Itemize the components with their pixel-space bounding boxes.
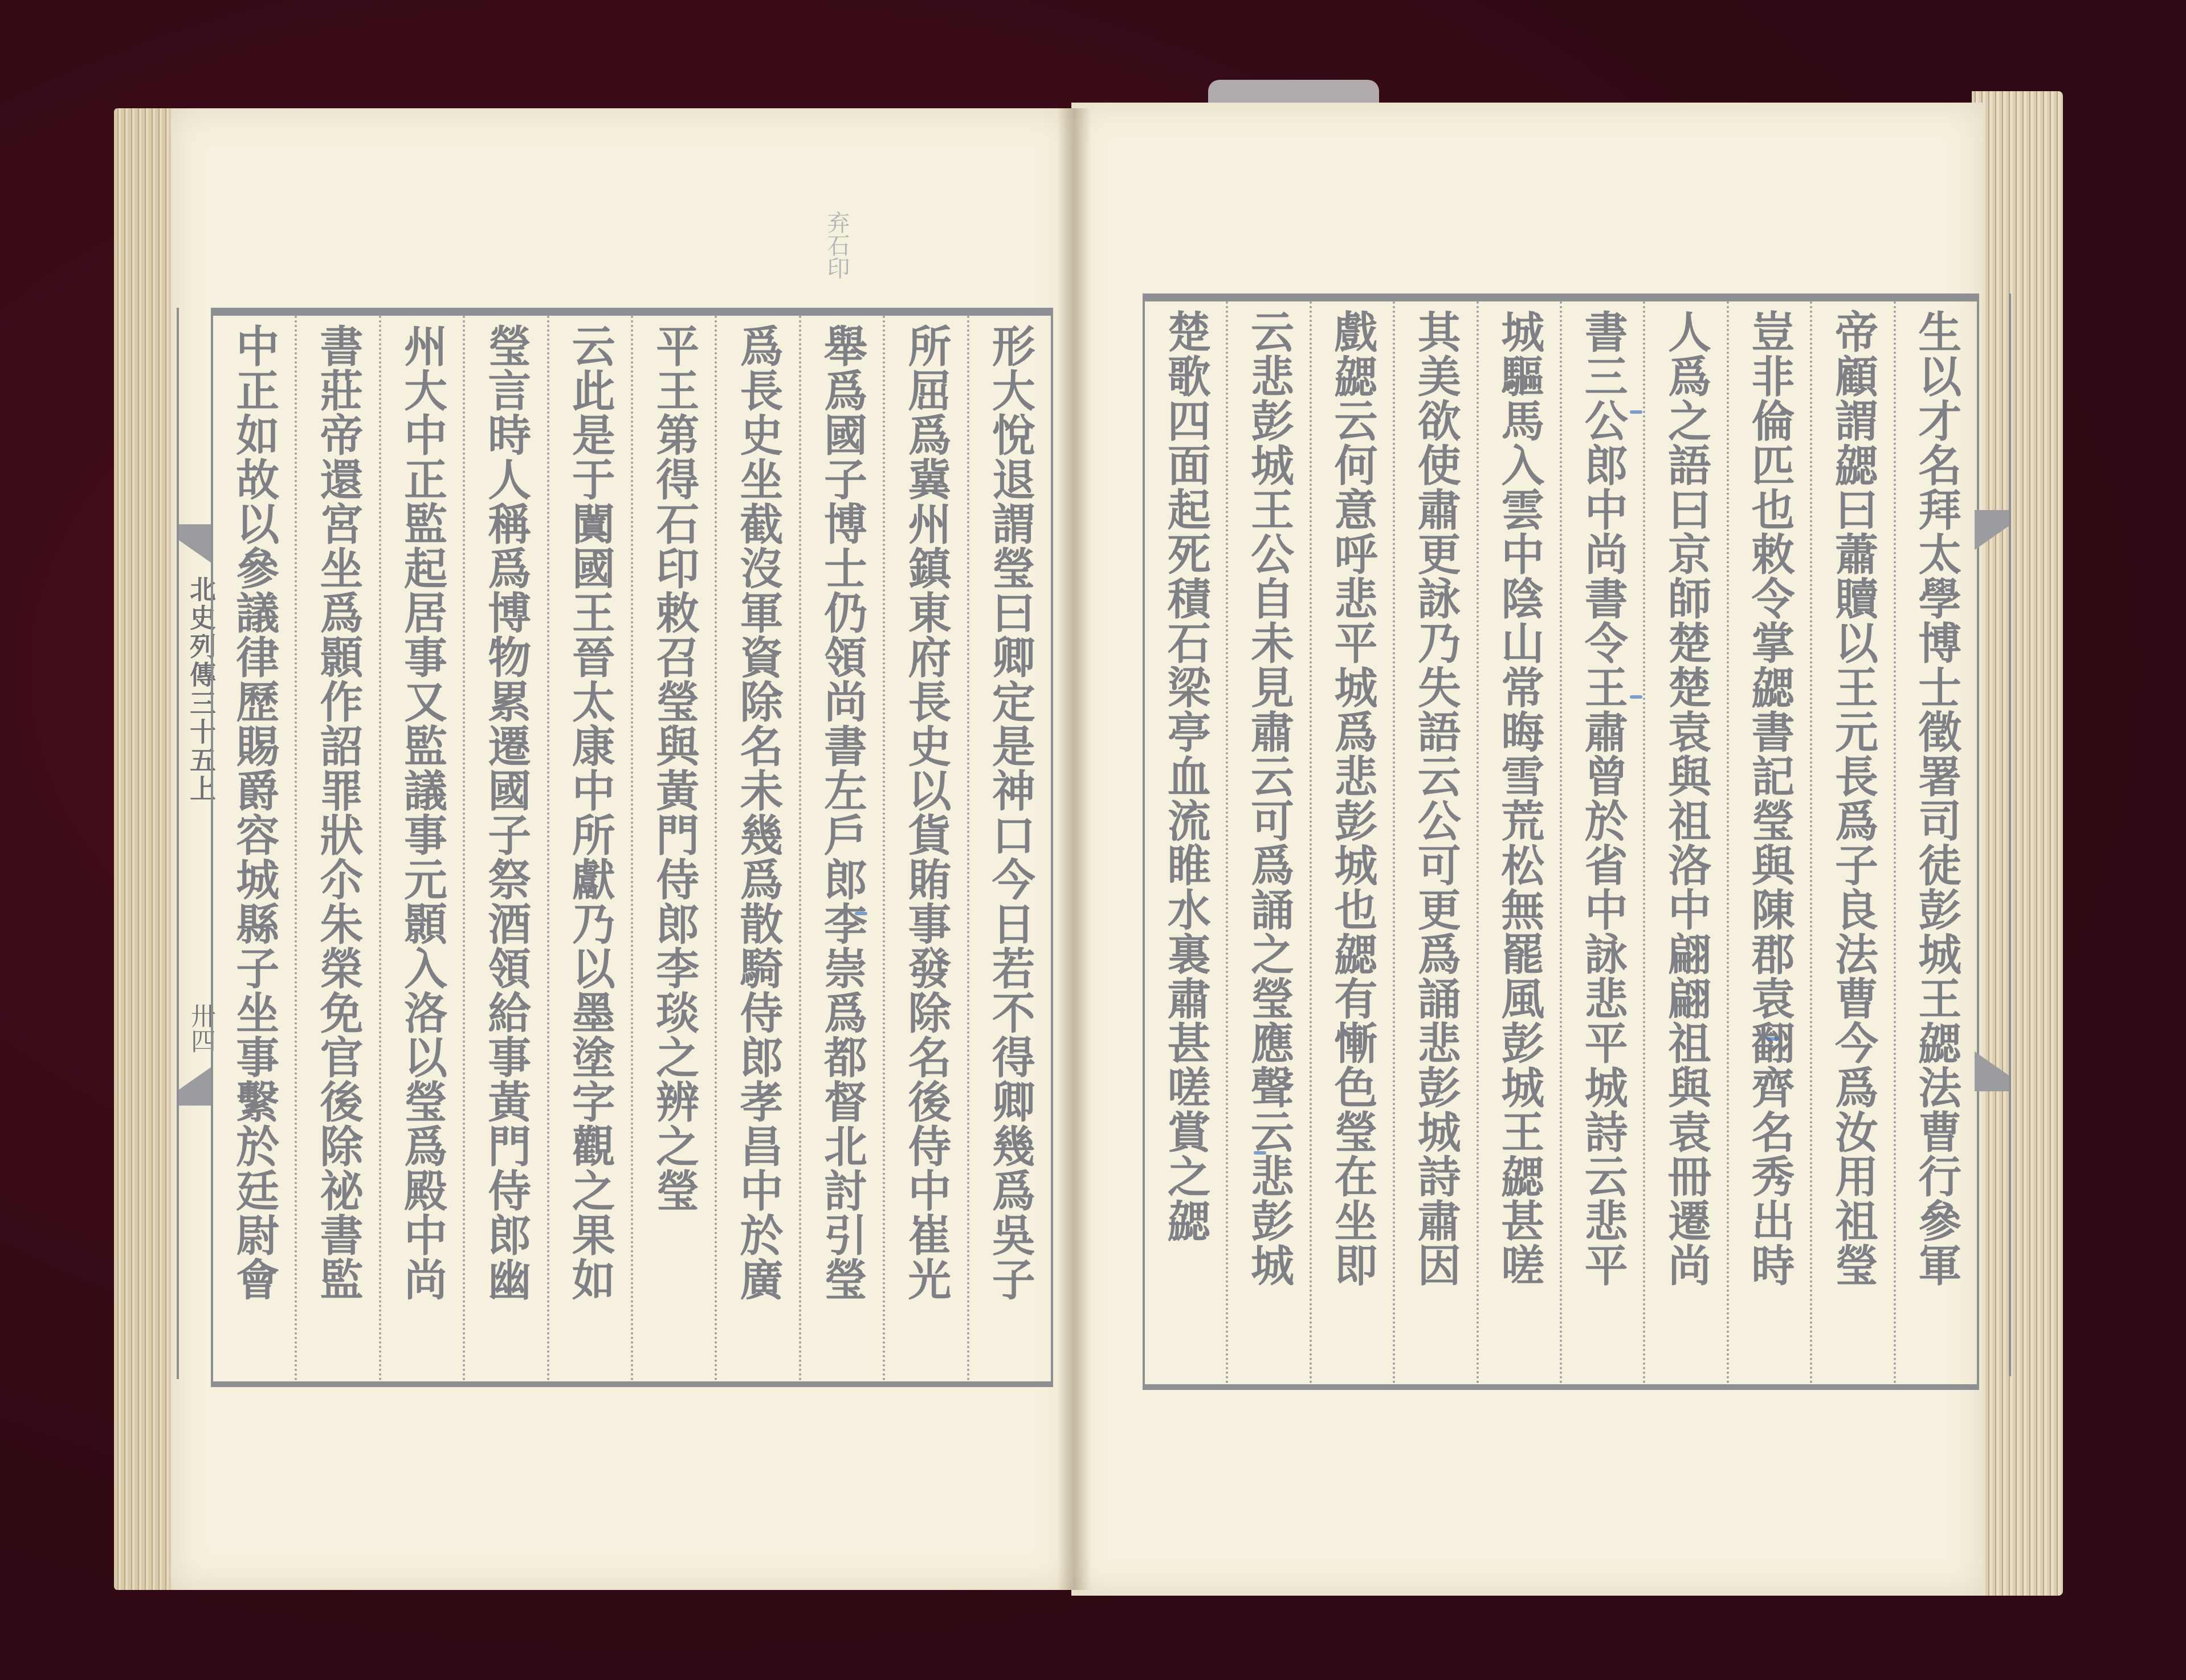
column-text: 豈非倫匹也敕令掌勰書記瑩與陳郡袁翻齊名秀出時 [1748,309,1791,1384]
column-text: 形大悅退謂瑩曰卿定是神口今日若不得卿幾爲吳子 [988,324,1031,1381]
blue-punctuation-mark [855,912,867,915]
column-text: 帝顧謂勰曰蕭贖以王元長爲子良法曹今爲汝用祖瑩 [1831,309,1874,1384]
column-text: 城驅馬入雲中陰山常晦雪荒松無罷風彭城王勰甚嗟 [1498,309,1541,1384]
left-columns: 形大悅退謂瑩曰卿定是神口今日若不得卿幾爲吳子 所屈爲冀州鎮東府長史以貨賄事發除名… [213,316,1051,1381]
text-column: 形大悅退謂瑩曰卿定是神口今日若不得卿幾爲吳子 [967,316,1051,1381]
column-text: 中正如故以參議律歷賜爵容城縣子坐事繫於廷尉會 [233,324,276,1381]
column-text: 云此是于闐國王晉太康中所獻乃以墨塗字觀之果如 [568,324,611,1381]
column-text: 戲勰云何意呼悲平城爲悲彭城也勰有慚色瑩在坐即 [1331,309,1374,1384]
column-text: 楚歌四面起死積石梁亭血流睢水裏肅甚嗟賞之勰 [1164,309,1207,1384]
right-columns: 生以才名拜太學博士徵署司徒彭城王勰法曹行參軍 帝顧謂勰曰蕭贖以王元長爲子良法曹今… [1145,301,1977,1384]
fishtail-bottom-icon [179,1066,213,1106]
text-column: 云此是于闐國王晉太康中所獻乃以墨塗字觀之果如 [547,316,631,1381]
text-column: 平王第得石印敕召瑩與黃門侍郎李琰之辨之瑩 [631,316,715,1381]
right-text-frame: 生以才名拜太學博士徵署司徒彭城王勰法曹行參軍 帝顧謂勰曰蕭贖以王元長爲子良法曹今… [1143,293,1979,1390]
fishtail-bottom-icon [1975,1051,2009,1091]
column-text: 州大中正監起居事又監議事元顥入洛以瑩爲殿中尚 [400,324,443,1381]
column-text: 舉爲國子博士仍領尚書左戶郎李崇爲都督北討引瑩 [820,324,863,1381]
marginal-handwritten-note: 弃石印 [821,211,853,279]
column-text: 平王第得石印敕召瑩與黃門侍郎李琰之辨之瑩 [652,324,696,1381]
blue-punctuation-mark [1767,1037,1779,1041]
blue-punctuation-mark [1254,1151,1266,1155]
text-column: 州大中正監起居事又監議事元顥入洛以瑩爲殿中尚 [379,316,463,1381]
left-text-frame: 形大悅退謂瑩曰卿定是神口今日若不得卿幾爲吳子 所屈爲冀州鎮東府長史以貨賄事發除名… [211,308,1053,1387]
text-column: 生以才名拜太學博士徵署司徒彭城王勰法曹行參軍 [1894,301,1977,1384]
text-column: 瑩言時人稱爲博物累遷國子祭酒領給事黃門侍郎幽 [463,316,546,1381]
text-column: 戲勰云何意呼悲平城爲悲彭城也勰有慚色瑩在坐即 [1310,301,1393,1384]
fishtail-top-icon [1975,510,2009,550]
column-text: 書莊帝還宮坐爲顥作詔罪狀尒朱榮免官後除祕書監 [316,324,360,1381]
column-text: 書三公郎中尚書令王肅曾於省中詠悲平城詩云悲平 [1581,309,1624,1384]
banxin-right [1975,293,2011,1376]
column-text: 生以才名拜太學博士徵署司徒彭城王勰法曹行參軍 [1915,309,1958,1384]
text-column: 楚歌四面起死積石梁亭血流睢水裏肅甚嗟賞之勰 [1145,301,1226,1384]
column-text: 爲長史坐截沒軍資除名未幾爲散騎侍郎孝昌中於廣 [736,324,780,1381]
text-column: 中正如故以參議律歷賜爵容城縣子坐事繫於廷尉會 [213,316,295,1381]
blue-punctuation-mark [1630,410,1642,414]
page-edges-left [114,108,177,1590]
column-text: 云悲彭城王公自未見肅云可爲誦之瑩應聲云悲彭城 [1247,309,1291,1384]
fishtail-top-icon [179,524,213,564]
column-text: 其美欲使肅更詠乃失語云公可更爲誦悲彭城詩肅因 [1414,309,1457,1384]
text-column: 城驅馬入雲中陰山常晦雪荒松無罷風彭城王勰甚嗟 [1477,301,1560,1384]
banxin-left: 北史列傳三十五上 卅四 [177,308,213,1379]
text-column: 舉爲國子博士仍領尚書左戶郎李崇爲都督北討引瑩 [799,316,883,1381]
text-column: 帝顧謂勰曰蕭贖以王元長爲子良法曹今爲汝用祖瑩 [1810,301,1893,1384]
text-column: 書莊帝還宮坐爲顥作詔罪狀尒朱榮免官後除祕書監 [295,316,378,1381]
text-column: 所屈爲冀州鎮東府長史以貨賄事發除名後侍中崔光 [883,316,966,1381]
column-text: 所屈爲冀州鎮東府長史以貨賄事發除名後侍中崔光 [904,324,948,1381]
text-column: 爲長史坐截沒軍資除名未幾爲散騎侍郎孝昌中於廣 [715,316,798,1381]
text-column: 書三公郎中尚書令王肅曾於省中詠悲平城詩云悲平 [1560,301,1643,1384]
open-book: 弃石印 北史列傳三十五上 卅四 形大悅退謂瑩曰卿定是神口今日若不得卿幾爲吳子 所… [114,68,2063,1653]
text-column: 豈非倫匹也敕令掌勰書記瑩與陳郡袁翻齊名秀出時 [1727,301,1810,1384]
text-column: 人爲之語曰京師楚楚袁與祖洛中翩翩祖與袁冊遷尚 [1643,301,1726,1384]
book-gutter [1057,108,1091,1590]
text-column: 云悲彭城王公自未見肅云可爲誦之瑩應聲云悲彭城 [1226,301,1309,1384]
column-text: 人爲之語曰京師楚楚袁與祖洛中翩翩祖與袁冊遷尚 [1665,309,1708,1384]
blue-punctuation-mark [1630,695,1642,699]
text-column: 其美欲使肅更詠乃失語云公可更爲誦悲彭城詩肅因 [1393,301,1476,1384]
column-text: 瑩言時人稱爲博物累遷國子祭酒領給事黃門侍郎幽 [484,324,528,1381]
